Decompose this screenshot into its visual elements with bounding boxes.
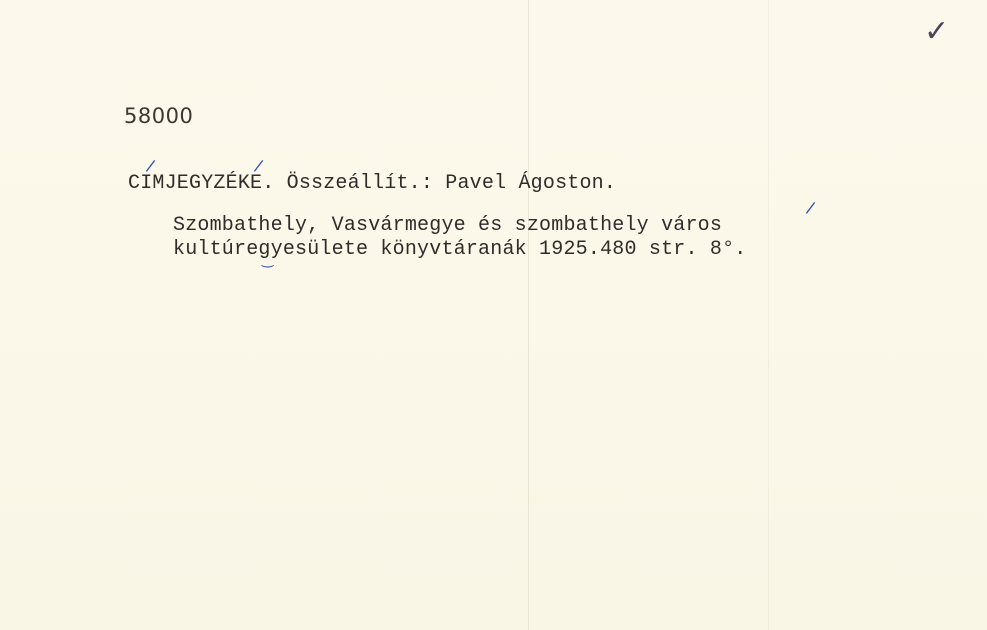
accent-mark-icon: / <box>805 198 817 218</box>
publisher-line: Szombathely, Vasvármegye és szombathely … <box>173 214 722 237</box>
check-mark-icon: ✓ <box>924 14 949 49</box>
catalog-card: ✓ 58000 CIMJEGYZÉKE. Összeállít.: Pavel … <box>0 0 987 630</box>
fold-line <box>528 0 529 630</box>
correction-mark-icon: ‿ <box>262 252 273 268</box>
title-line: CIMJEGYZÉKE. Összeállít.: Pavel Ágoston. <box>128 172 616 195</box>
call-number: 58000 <box>124 104 193 128</box>
publication-line: kultúregyesülete könyvtáranák 1925.480 s… <box>173 238 747 261</box>
fold-line <box>768 0 769 630</box>
